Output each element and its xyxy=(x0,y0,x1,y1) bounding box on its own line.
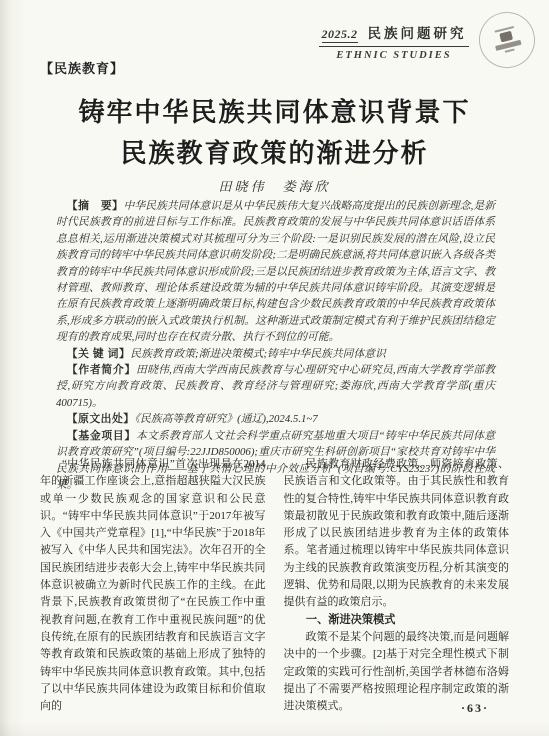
article-title-line2: 民族教育政策的渐进分析 xyxy=(0,133,549,174)
abstract-label: 【摘 要】 xyxy=(67,200,124,212)
page-number: ·63· xyxy=(461,701,489,716)
page-header: 2025.2民族问题研究 ETHNIC STUDIES xyxy=(319,22,469,61)
section-tag: 【民族教育】 xyxy=(40,58,124,77)
right-column: 民族教育财政经费政策、师资培育政策、民族语言和文化政策等。由于其民族性和教育性的… xyxy=(284,456,510,715)
abstract-text: 中华民族共同体意识是从中华民族伟大复兴战略高度提出的民族创新理念,是新时代民族教… xyxy=(56,200,495,343)
abstract-paragraph: 【摘 要】中华民族共同体意识是从中华民族伟大复兴战略高度提出的民族创新理念,是新… xyxy=(56,198,495,346)
article-title-line1: 铸牢中华民族共同体意识背景下 xyxy=(0,92,549,133)
fund-label: 【基金项目】 xyxy=(67,430,136,442)
keywords-text: 民族教育政策;渐进决策模式;铸牢中华民族共同体意识 xyxy=(130,348,386,360)
source-text: 《民族高等教育研究》(通辽),2024.5.1~7 xyxy=(135,413,318,425)
article-title: 铸牢中华民族共同体意识背景下 民族教育政策的渐进分析 xyxy=(0,92,549,174)
journal-masthead: 2025.2民族问题研究 xyxy=(319,22,469,43)
body-paragraph-left: “中华民族共同体意识”首次出现是在2014年的新疆工作座谈会上,意指超越狭隘大汉… xyxy=(40,456,266,715)
journal-seal-icon xyxy=(473,6,541,74)
keywords-paragraph: 【关 键 词】民族教育政策;渐进决策模式;铸牢中华民族共同体意识 xyxy=(56,346,495,362)
author-bio-paragraph: 【作者简介】田晓伟,西南大学西南民族教育与心理研究中心研究员,西南大学教育学部教… xyxy=(56,362,495,411)
issue-label: 2025.2 xyxy=(322,27,358,43)
journal-title-en: ETHNIC STUDIES xyxy=(319,50,469,61)
left-column: “中华民族共同体意识”首次出现是在2014年的新疆工作座谈会上,意指超越狭隘大汉… xyxy=(40,456,266,715)
source-paragraph: 【原文出处】《民族高等教育研究》(通辽),2024.5.1~7 xyxy=(56,411,495,427)
meta-block: 【摘 要】中华民族共同体意识是从中华民族伟大复兴战略高度提出的民族创新理念,是新… xyxy=(56,198,495,493)
section-heading: 一、渐进决策模式 xyxy=(284,612,510,629)
article-authors: 田晓伟 娄海欣 xyxy=(0,176,549,195)
body-paragraph-right-1: 民族教育财政经费政策、师资培育政策、民族语言和文化政策等。由于其民族性和教育性的… xyxy=(284,456,510,612)
source-label: 【原文出处】 xyxy=(67,413,135,425)
header-rule xyxy=(319,46,469,47)
journal-title-cn: 民族问题研究 xyxy=(368,26,467,41)
seal-bottom-text xyxy=(505,49,515,53)
author-bio-label: 【作者简介】 xyxy=(67,364,136,376)
journal-page: 2025.2民族问题研究 ETHNIC STUDIES 【民族教育】 铸牢中华民… xyxy=(0,0,549,736)
seal-emblem-icon xyxy=(499,31,513,43)
keywords-label: 【关 键 词】 xyxy=(67,348,130,360)
body-columns: “中华民族共同体意识”首次出现是在2014年的新疆工作座谈会上,意指超越狭隘大汉… xyxy=(40,456,509,715)
